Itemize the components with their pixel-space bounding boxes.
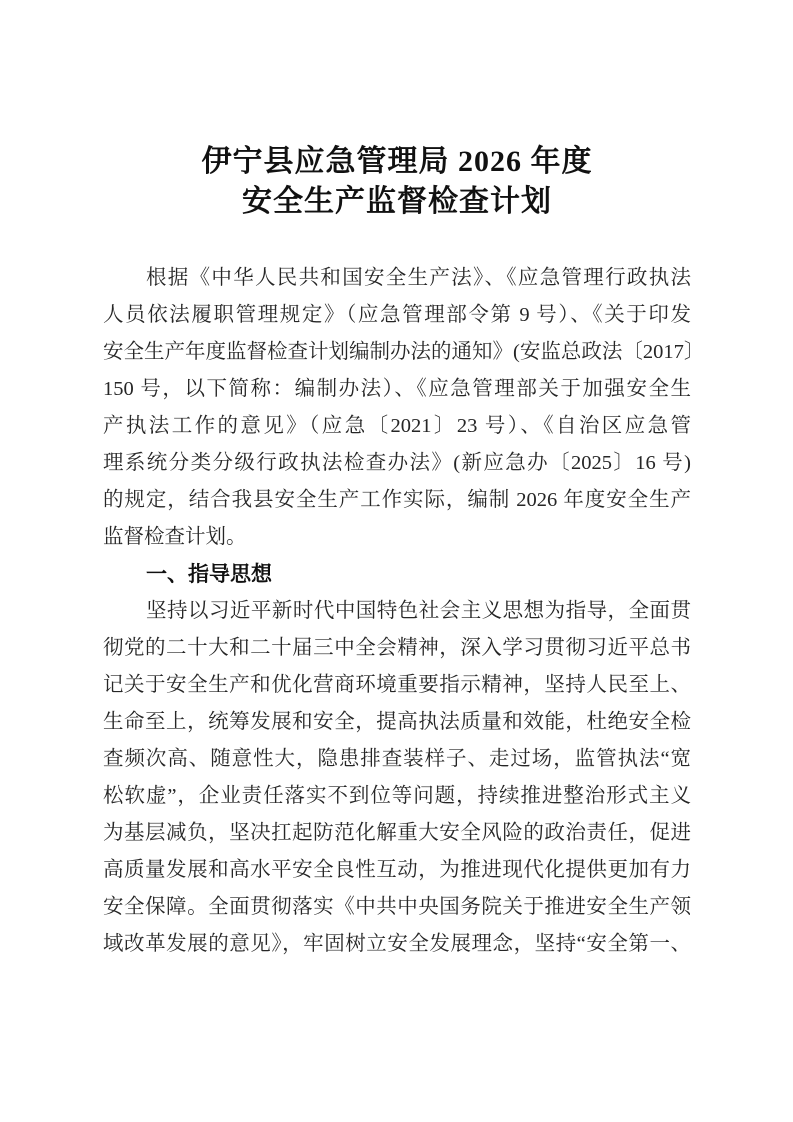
text-line: 坚持以习近平新时代中国特色社会主义思想为指导，全面贯 [103,593,691,630]
text-line: 查频次高、随意性大，隐患排查装样子、走过场，监管执法“宽 [103,741,691,778]
text-line: 人员依法履职管理规定》（应急管理部令第 9 号）、《关于印发 [103,297,691,334]
document-body: 根据《中华人民共和国安全生产法》、《应急管理行政执法 人员依法履职管理规定》（应… [103,260,691,963]
section-heading: 一、指导思想 [103,556,691,593]
section-paragraph: 坚持以习近平新时代中国特色社会主义思想为指导，全面贯 彻党的二十大和二十届三中全… [103,593,691,963]
text-line: 彻党的二十大和二十届三中全会精神，深入学习贯彻习近平总书 [103,630,691,667]
document-page: 伊宁县应急管理局 2026 年度 安全生产监督检查计划 根据《中华人民共和国安全… [0,0,793,1122]
text-line: 150 号，以下简称：编制办法）、《应急管理部关于加强安全生 [103,371,691,408]
document-title: 伊宁县应急管理局 2026 年度 安全生产监督检查计划 [103,142,691,222]
title-line-1: 伊宁县应急管理局 2026 年度 [103,142,691,182]
text-line: 松软虚”，企业责任落实不到位等问题，持续推进整治形式主义 [103,778,691,815]
text-line: 为基层减负，坚决扛起防范化解重大安全风险的政治责任，促进 [103,815,691,852]
intro-paragraph: 根据《中华人民共和国安全生产法》、《应急管理行政执法 人员依法履职管理规定》（应… [103,260,691,556]
text-line: 安全生产年度监督检查计划编制办法的通知》(安监总政法〔2017〕 [103,334,691,371]
title-line-2: 安全生产监督检查计划 [103,182,691,222]
text-line: 监督检查计划。 [103,519,691,556]
text-line: 根据《中华人民共和国安全生产法》、《应急管理行政执法 [103,260,691,297]
text-line: 生命至上，统筹发展和安全，提高执法质量和效能，杜绝安全检 [103,704,691,741]
text-line: 理系统分类分级行政执法检查办法》(新应急办〔2025〕16 号) [103,445,691,482]
text-line: 域改革发展的意见》，牢固树立安全发展理念，坚持“安全第一、 [103,926,691,963]
text-line: 记关于安全生产和优化营商环境重要指示精神，坚持人民至上、 [103,667,691,704]
text-line: 高质量发展和高水平安全良性互动，为推进现代化提供更加有力 [103,852,691,889]
text-column: 伊宁县应急管理局 2026 年度 安全生产监督检查计划 根据《中华人民共和国安全… [103,142,691,963]
text-line: 安全保障。全面贯彻落实《中共中央国务院关于推进安全生产领 [103,889,691,926]
text-line: 的规定，结合我县安全生产工作实际，编制 2026 年度安全生产 [103,482,691,519]
text-line: 产执法工作的意见》（应急〔2021〕23 号）、《自治区应急管 [103,408,691,445]
